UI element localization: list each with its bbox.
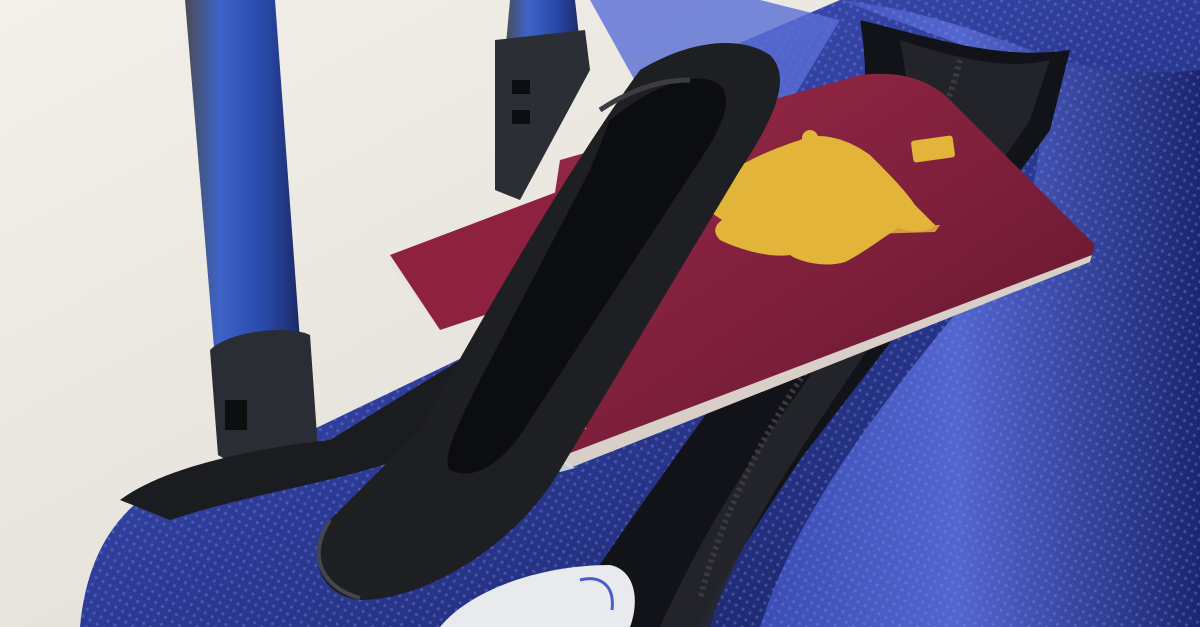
photo-scene: PASPOO KONINKRIJK [0,0,1200,627]
suitcase-photo: PASPOO KONINKRIJK [0,0,1200,627]
